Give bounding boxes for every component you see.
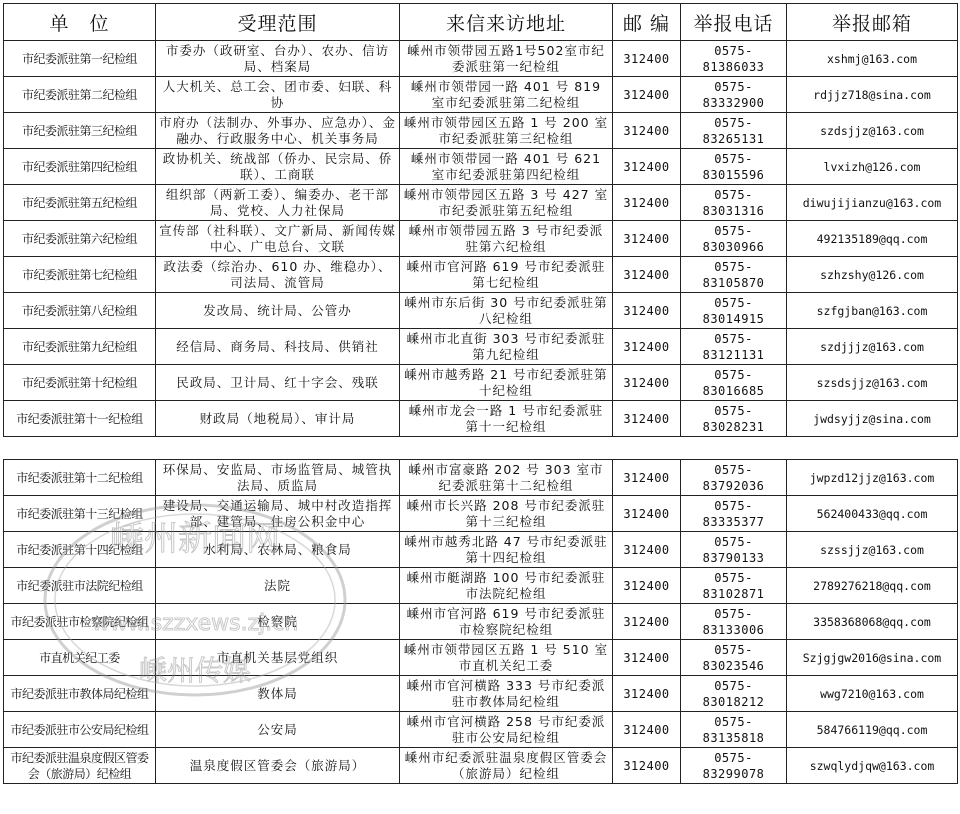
cell-address: 嵊州市北直街 303 号市纪委派驻第九纪检组 xyxy=(400,329,613,365)
cell-email: jwpzd12jjz@163.com xyxy=(787,460,958,496)
table-row: 市纪委派驻第八纪检组发改局、统计局、公管办嵊州市东后街 30 号市纪委派驻第八纪… xyxy=(4,293,958,329)
cell-unit: 市纪委派驻市公安局纪检组 xyxy=(4,712,156,748)
cell-unit: 市纪委派驻第二纪检组 xyxy=(4,77,156,113)
cell-phone: 0575-83028231 xyxy=(681,401,787,437)
cell-address: 嵊州市官河横路 333 号市纪委派驻市教体局纪检组 xyxy=(400,676,613,712)
cell-phone: 0575-83265131 xyxy=(681,113,787,149)
cell-address: 嵊州市领带园一路 401 号 819 室市纪委派驻第二纪检组 xyxy=(400,77,613,113)
cell-email: rdjjz718@sina.com xyxy=(787,77,958,113)
cell-email: 3358368068@qq.com xyxy=(787,604,958,640)
table-row: 市纪委派驻第六纪检组宣传部（社科联）、文广新局、新闻传媒中心、广电总台、文联嵊州… xyxy=(4,221,958,257)
cell-unit: 市纪委派驻第六纪检组 xyxy=(4,221,156,257)
cell-scope: 检察院 xyxy=(156,604,400,640)
cell-scope: 温泉度假区管委会（旅游局） xyxy=(156,748,400,784)
cell-email: szsdsjjz@163.com xyxy=(787,365,958,401)
cell-postcode: 312400 xyxy=(613,460,681,496)
cell-unit: 市纪委派驻第十二纪检组 xyxy=(4,460,156,496)
cell-phone: 0575-83299078 xyxy=(681,748,787,784)
cell-unit: 市纪委派驻第一纪检组 xyxy=(4,41,156,77)
cell-phone: 0575-83031316 xyxy=(681,185,787,221)
header-scope: 受理范围 xyxy=(156,4,400,41)
cell-address: 嵊州市领带园一路 401 号 621 室市纪委派驻第四纪检组 xyxy=(400,149,613,185)
header-postcode: 邮 编 xyxy=(613,4,681,41)
table-row: 市纪委派驻第十四纪检组水利局、农林局、粮食局嵊州市越秀北路 47 号市纪委派驻第… xyxy=(4,532,958,568)
table-row: 市纪委派驻第九纪检组经信局、商务局、科技局、供销社嵊州市北直街 303 号市纪委… xyxy=(4,329,958,365)
cell-unit: 市纪委派驻第七纪检组 xyxy=(4,257,156,293)
cell-scope: 财政局（地税局）、审计局 xyxy=(156,401,400,437)
cell-unit: 市纪委派驻第十纪检组 xyxy=(4,365,156,401)
cell-email: szfgjban@163.com xyxy=(787,293,958,329)
table-row: 市纪委派驻市公安局纪检组公安局嵊州市官河横路 258 号市纪委派驻市公安局纪检组… xyxy=(4,712,958,748)
header-address: 来信来访地址 xyxy=(400,4,613,41)
table-row: 市纪委派驻第二纪检组人大机关、总工会、团市委、妇联、科协嵊州市领带园一路 401… xyxy=(4,77,958,113)
cell-phone: 0575-83023546 xyxy=(681,640,787,676)
cell-address: 嵊州市官河横路 258 号市纪委派驻市公安局纪检组 xyxy=(400,712,613,748)
header-email: 举报邮箱 xyxy=(787,4,958,41)
cell-address: 嵊州市富豪路 202 号 303 室市纪委派驻第十二纪检组 xyxy=(400,460,613,496)
cell-scope: 组织部（两新工委）、编委办、老干部局、党校、人力社保局 xyxy=(156,185,400,221)
cell-postcode: 312400 xyxy=(613,532,681,568)
cell-unit: 市纪委派驻市检察院纪检组 xyxy=(4,604,156,640)
cell-unit: 市纪委派驻第四纪检组 xyxy=(4,149,156,185)
table-row: 市纪委派驻第七纪检组政法委（综治办、610 办、维稳办）、司法局、流管局嵊州市官… xyxy=(4,257,958,293)
cell-email: 584766119@qq.com xyxy=(787,712,958,748)
cell-unit: 市纪委派驻第八纪检组 xyxy=(4,293,156,329)
cell-address: 嵊州市领带园区五路 3 号 427 室市纪委派驻第五纪检组 xyxy=(400,185,613,221)
table-row: 市纪委派驻市检察院纪检组检察院嵊州市官河路 619 号市纪委派驻市检察院纪检组3… xyxy=(4,604,958,640)
cell-email: jwdsyjjz@sina.com xyxy=(787,401,958,437)
cell-postcode: 312400 xyxy=(613,640,681,676)
cell-email: szdsjjz@163.com xyxy=(787,113,958,149)
cell-postcode: 312400 xyxy=(613,149,681,185)
cell-address: 嵊州市领带园五路1号502室市纪委派驻第一纪检组 xyxy=(400,41,613,77)
cell-address: 嵊州市领带园五路 3 号市纪委派驻第六纪检组 xyxy=(400,221,613,257)
cell-phone: 0575-83102871 xyxy=(681,568,787,604)
cell-email: Szjgjgw2016@sina.com xyxy=(787,640,958,676)
cell-email: 562400433@qq.com xyxy=(787,496,958,532)
cell-postcode: 312400 xyxy=(613,77,681,113)
cell-postcode: 312400 xyxy=(613,113,681,149)
cell-email: szhzshy@126.com xyxy=(787,257,958,293)
cell-phone: 0575-83015596 xyxy=(681,149,787,185)
cell-scope: 经信局、商务局、科技局、供销社 xyxy=(156,329,400,365)
cell-address: 嵊州市纪委派驻温泉度假区管委会（旅游局）纪检组 xyxy=(400,748,613,784)
cell-address: 嵊州市越秀北路 47 号市纪委派驻第十四纪检组 xyxy=(400,532,613,568)
cell-scope: 政法委（综治办、610 办、维稳办）、司法局、流管局 xyxy=(156,257,400,293)
cell-postcode: 312400 xyxy=(613,604,681,640)
cell-scope: 法院 xyxy=(156,568,400,604)
cell-scope: 教体局 xyxy=(156,676,400,712)
cell-scope: 公安局 xyxy=(156,712,400,748)
cell-address: 嵊州市东后街 30 号市纪委派驻第八纪检组 xyxy=(400,293,613,329)
cell-scope: 人大机关、总工会、团市委、妇联、科协 xyxy=(156,77,400,113)
table-row: 市纪委派驻第五纪检组组织部（两新工委）、编委办、老干部局、党校、人力社保局嵊州市… xyxy=(4,185,958,221)
cell-phone: 0575-83105870 xyxy=(681,257,787,293)
cell-email: lvxizh@126.com xyxy=(787,149,958,185)
cell-phone: 0575-83014915 xyxy=(681,293,787,329)
contact-table-part-1: 单 位 受理范围 来信来访地址 邮 编 举报电话 举报邮箱 市纪委派驻第一纪检组… xyxy=(3,3,958,437)
cell-unit: 市纪委派驻第十一纪检组 xyxy=(4,401,156,437)
cell-email: xshmj@163.com xyxy=(787,41,958,77)
cell-postcode: 312400 xyxy=(613,496,681,532)
table-row: 市纪委派驻温泉度假区管委会（旅游局）纪检组温泉度假区管委会（旅游局）嵊州市纪委派… xyxy=(4,748,958,784)
cell-address: 嵊州市艇湖路 100 号市纪委派驻市法院纪检组 xyxy=(400,568,613,604)
cell-address: 嵊州市官河路 619 号市纪委派驻市检察院纪检组 xyxy=(400,604,613,640)
table-row: 市纪委派驻第十纪检组民政局、卫计局、红十字会、残联嵊州市越秀路 21 号市纪委派… xyxy=(4,365,958,401)
cell-unit: 市纪委派驻第九纪检组 xyxy=(4,329,156,365)
table-row: 市纪委派驻第三纪检组市府办（法制办、外事办、应急办）、金融办、行政服务中心、机关… xyxy=(4,113,958,149)
table-row: 市纪委派驻第十三纪检组建设局、交通运输局、城中村改造指挥部、建管局、住房公积金中… xyxy=(4,496,958,532)
cell-postcode: 312400 xyxy=(613,365,681,401)
cell-unit: 市纪委派驻第五纪检组 xyxy=(4,185,156,221)
cell-unit: 市纪委派驻第三纪检组 xyxy=(4,113,156,149)
cell-phone: 0575-83016685 xyxy=(681,365,787,401)
cell-scope: 市委办（政研室、台办）、农办、信访局、档案局 xyxy=(156,41,400,77)
cell-scope: 环保局、安监局、市场监管局、城管执法局、质监局 xyxy=(156,460,400,496)
cell-scope: 民政局、卫计局、红十字会、残联 xyxy=(156,365,400,401)
table-row: 市纪委派驻市法院纪检组法院嵊州市艇湖路 100 号市纪委派驻市法院纪检组3124… xyxy=(4,568,958,604)
table-row: 市纪委派驻市教体局纪检组教体局嵊州市官河横路 333 号市纪委派驻市教体局纪检组… xyxy=(4,676,958,712)
cell-postcode: 312400 xyxy=(613,676,681,712)
cell-postcode: 312400 xyxy=(613,293,681,329)
cell-address: 嵊州市龙会一路 1 号市纪委派驻第十一纪检组 xyxy=(400,401,613,437)
cell-postcode: 312400 xyxy=(613,568,681,604)
table-row: 市纪委派驻第十二纪检组环保局、安监局、市场监管局、城管执法局、质监局嵊州市富豪路… xyxy=(4,460,958,496)
cell-unit: 市纪委派驻第十三纪检组 xyxy=(4,496,156,532)
table-header-row: 单 位 受理范围 来信来访地址 邮 编 举报电话 举报邮箱 xyxy=(4,4,958,41)
cell-phone: 0575-83133006 xyxy=(681,604,787,640)
cell-phone: 0575-83030966 xyxy=(681,221,787,257)
cell-phone: 0575-81386033 xyxy=(681,41,787,77)
cell-postcode: 312400 xyxy=(613,185,681,221)
cell-email: 2789276218@qq.com xyxy=(787,568,958,604)
table-row: 市纪委派驻第四纪检组政协机关、统战部（侨办、民宗局、侨联）、工商联嵊州市领带园一… xyxy=(4,149,958,185)
cell-email: 492135189@qq.com xyxy=(787,221,958,257)
cell-postcode: 312400 xyxy=(613,221,681,257)
cell-postcode: 312400 xyxy=(613,748,681,784)
cell-postcode: 312400 xyxy=(613,401,681,437)
cell-phone: 0575-83790133 xyxy=(681,532,787,568)
cell-unit: 市纪委派驻市教体局纪检组 xyxy=(4,676,156,712)
cell-scope: 建设局、交通运输局、城中村改造指挥部、建管局、住房公积金中心 xyxy=(156,496,400,532)
cell-phone: 0575-83335377 xyxy=(681,496,787,532)
cell-postcode: 312400 xyxy=(613,712,681,748)
cell-phone: 0575-83135818 xyxy=(681,712,787,748)
cell-unit: 市纪委派驻市法院纪检组 xyxy=(4,568,156,604)
cell-postcode: 312400 xyxy=(613,329,681,365)
cell-unit: 市纪委派驻第十四纪检组 xyxy=(4,532,156,568)
contact-table-part-2: 市纪委派驻第十二纪检组环保局、安监局、市场监管局、城管执法局、质监局嵊州市富豪路… xyxy=(3,459,958,784)
cell-scope: 市府办（法制办、外事办、应急办）、金融办、行政服务中心、机关事务局 xyxy=(156,113,400,149)
cell-unit: 市纪委派驻温泉度假区管委会（旅游局）纪检组 xyxy=(4,748,156,784)
cell-scope: 水利局、农林局、粮食局 xyxy=(156,532,400,568)
cell-address: 嵊州市官河路 619 号市纪委派驻第七纪检组 xyxy=(400,257,613,293)
cell-address: 嵊州市领带园区五路 1 号 200 室市纪委派驻第三纪检组 xyxy=(400,113,613,149)
cell-postcode: 312400 xyxy=(613,41,681,77)
cell-email: diwujijianzu@163.com xyxy=(787,185,958,221)
cell-postcode: 312400 xyxy=(613,257,681,293)
header-phone: 举报电话 xyxy=(681,4,787,41)
table-row: 市直机关纪工委市直机关基层党组织嵊州市领带园区五路 1 号 510 室市直机关纪… xyxy=(4,640,958,676)
cell-address: 嵊州市长兴路 208 号市纪委派驻第十三纪检组 xyxy=(400,496,613,532)
cell-email: wwg7210@163.com xyxy=(787,676,958,712)
cell-phone: 0575-83792036 xyxy=(681,460,787,496)
cell-scope: 宣传部（社科联）、文广新局、新闻传媒中心、广电总台、文联 xyxy=(156,221,400,257)
header-unit: 单 位 xyxy=(4,4,156,41)
table-row: 市纪委派驻第一纪检组市委办（政研室、台办）、农办、信访局、档案局嵊州市领带园五路… xyxy=(4,41,958,77)
cell-scope: 政协机关、统战部（侨办、民宗局、侨联）、工商联 xyxy=(156,149,400,185)
cell-email: szdjjjz@163.com xyxy=(787,329,958,365)
cell-unit: 市直机关纪工委 xyxy=(4,640,156,676)
cell-scope: 市直机关基层党组织 xyxy=(156,640,400,676)
cell-email: szssjjz@163.com xyxy=(787,532,958,568)
table-row: 市纪委派驻第十一纪检组财政局（地税局）、审计局嵊州市龙会一路 1 号市纪委派驻第… xyxy=(4,401,958,437)
cell-address: 嵊州市越秀路 21 号市纪委派驻第十纪检组 xyxy=(400,365,613,401)
cell-address: 嵊州市领带园区五路 1 号 510 室市直机关纪工委 xyxy=(400,640,613,676)
cell-phone: 0575-83332900 xyxy=(681,77,787,113)
cell-email: szwqlydjqw@163.com xyxy=(787,748,958,784)
cell-scope: 发改局、统计局、公管办 xyxy=(156,293,400,329)
cell-phone: 0575-83018212 xyxy=(681,676,787,712)
cell-phone: 0575-83121131 xyxy=(681,329,787,365)
